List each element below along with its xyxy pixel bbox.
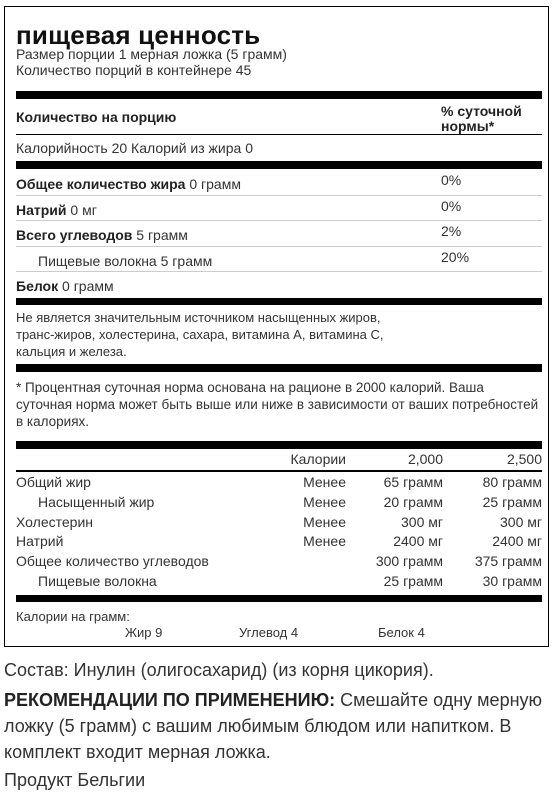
serving-size: Размер порции 1 мерная ложка (5 грамм) bbox=[16, 46, 287, 62]
nutrient-amount: 0 мг bbox=[67, 202, 97, 218]
calories-per-gram-fat: Жир 9 bbox=[125, 624, 162, 641]
nutrient-daily-value: 20% bbox=[441, 249, 469, 265]
daily-row-name: Натрий bbox=[16, 533, 63, 549]
daily-row-qualifier: Менее bbox=[303, 533, 346, 549]
daily-row-qualifier: Менее bbox=[303, 474, 346, 490]
nutrient-amount: 5 грамм bbox=[157, 253, 213, 269]
nutrient-name: Общее количество жира bbox=[16, 176, 185, 192]
daily-value-header-line1: % суточной bbox=[441, 103, 522, 119]
daily-row-2000: 20 грамм bbox=[384, 494, 443, 510]
nutrient-row: Общее количество жира 0 грамм0% bbox=[16, 169, 542, 195]
column-2500-header: 2,500 bbox=[507, 451, 542, 467]
nutrient-row: Белок 0 грамм bbox=[16, 271, 542, 297]
product-origin: Продукт Бельгии bbox=[4, 768, 145, 792]
daily-value-row: Общее количество углеводов300 грамм375 г… bbox=[16, 553, 542, 572]
calories-column-header: Калории bbox=[291, 451, 346, 467]
daily-row-2500: 25 грамм bbox=[483, 494, 542, 510]
divider bbox=[16, 470, 542, 472]
calories-text: Калорийность 20 Калорий из жира 0 bbox=[16, 140, 253, 156]
nutrient-row: Пищевые волокна 5 грамм20% bbox=[16, 246, 542, 272]
thick-divider bbox=[16, 91, 542, 99]
nutrient-label: Общее количество жира 0 грамм bbox=[16, 176, 241, 192]
calories-per-gram-carb: Углевод 4 bbox=[239, 624, 298, 641]
thick-divider bbox=[16, 364, 542, 372]
nutrient-label: Натрий 0 мг bbox=[16, 202, 97, 218]
daily-row-name: Насыщенный жир bbox=[16, 494, 154, 510]
ingredients-text: Состав: Инулин (олигосахарид) (из корня … bbox=[4, 658, 434, 682]
daily-value-row: Пищевые волокна25 грамм30 грамм bbox=[16, 573, 542, 592]
daily-value-footnote: * Процентная суточная норма основана на … bbox=[16, 379, 542, 430]
nutrient-name: Белок bbox=[16, 278, 58, 294]
daily-row-2000: 300 грамм bbox=[376, 553, 443, 569]
not-significant-source: Не является значительным источником насы… bbox=[16, 309, 416, 360]
daily-row-2500: 375 грамм bbox=[475, 553, 542, 569]
daily-value-row: Насыщенный жирМенее20 грамм25 грамм bbox=[16, 494, 542, 513]
servings-per-container: Количество порций в контейнере 45 bbox=[16, 62, 251, 78]
nutrient-daily-value: 0% bbox=[441, 198, 461, 214]
nutrient-label: Белок 0 грамм bbox=[16, 278, 114, 294]
nutrient-label: Пищевые волокна 5 грамм bbox=[16, 253, 212, 269]
nutrient-amount: 0 грамм bbox=[185, 176, 241, 192]
daily-row-qualifier: Менее bbox=[303, 514, 346, 530]
daily-row-2500: 2400 мг bbox=[492, 533, 542, 549]
daily-row-2000: 300 мг bbox=[401, 514, 443, 530]
daily-value-header: % суточной нормы* bbox=[441, 104, 522, 134]
amount-per-serving-header: Количество на порцию bbox=[16, 109, 176, 125]
calories-row: Калорийность 20 Калорий из жира 0 bbox=[16, 135, 542, 159]
daily-value-row: ХолестеринМенее300 мг300 мг bbox=[16, 514, 542, 533]
column-2000-header: 2,000 bbox=[408, 451, 443, 467]
daily-row-name: Пищевые волокна bbox=[16, 573, 157, 589]
daily-row-2000: 2400 мг bbox=[393, 533, 443, 549]
nutrient-row: Всего углеводов 5 грамм2% bbox=[16, 220, 542, 246]
nutrient-label: Всего углеводов 5 грамм bbox=[16, 227, 188, 243]
nutrient-daily-value: 2% bbox=[441, 223, 461, 239]
label-title: пищевая ценность bbox=[16, 21, 260, 49]
calories-per-gram-protein: Белок 4 bbox=[378, 624, 425, 641]
header-row: Количество на порцию % суточной нормы* bbox=[16, 101, 542, 133]
daily-row-2000: 25 грамм bbox=[384, 573, 443, 589]
nutrient-daily-value: 0% bbox=[441, 172, 461, 188]
nutrient-name: Пищевые волокна bbox=[38, 253, 157, 269]
daily-row-2500: 30 грамм bbox=[483, 573, 542, 589]
nutrient-amount: 0 грамм bbox=[58, 278, 114, 294]
thick-divider bbox=[16, 298, 542, 305]
daily-value-header-line2: нормы* bbox=[441, 118, 494, 134]
daily-row-2000: 65 грамм bbox=[384, 474, 443, 490]
daily-row-2500: 300 мг bbox=[500, 514, 542, 530]
directions-label: РЕКОМЕНДАЦИИ ПО ПРИМЕНЕНИЮ: bbox=[4, 690, 335, 710]
daily-row-name: Холестерин bbox=[16, 514, 93, 530]
nutrition-facts-label: пищевая ценность Размер порции 1 мерная … bbox=[4, 6, 549, 647]
daily-row-2500: 80 грамм bbox=[483, 474, 542, 490]
nutrient-row: Натрий 0 мг0% bbox=[16, 195, 542, 221]
thick-divider bbox=[16, 595, 542, 602]
thick-divider bbox=[16, 161, 542, 169]
directions-text: РЕКОМЕНДАЦИИ ПО ПРИМЕНЕНИЮ: Смешайте одн… bbox=[4, 687, 549, 765]
daily-value-row: НатрийМенее2400 мг2400 мг bbox=[16, 533, 542, 552]
daily-row-qualifier: Менее bbox=[303, 494, 346, 510]
calories-per-gram-label: Калории на грамм: bbox=[16, 608, 130, 625]
thick-divider bbox=[16, 441, 542, 449]
daily-row-name: Общий жир bbox=[16, 474, 91, 490]
nutrient-amount: 5 грамм bbox=[132, 227, 188, 243]
daily-value-row: Общий жирМенее65 грамм80 грамм bbox=[16, 474, 542, 493]
daily-row-name: Общее количество углеводов bbox=[16, 553, 209, 569]
daily-table-header: Калории 2,000 2,500 bbox=[16, 451, 542, 470]
nutrient-name: Натрий bbox=[16, 202, 67, 218]
nutrient-name: Всего углеводов bbox=[16, 227, 132, 243]
